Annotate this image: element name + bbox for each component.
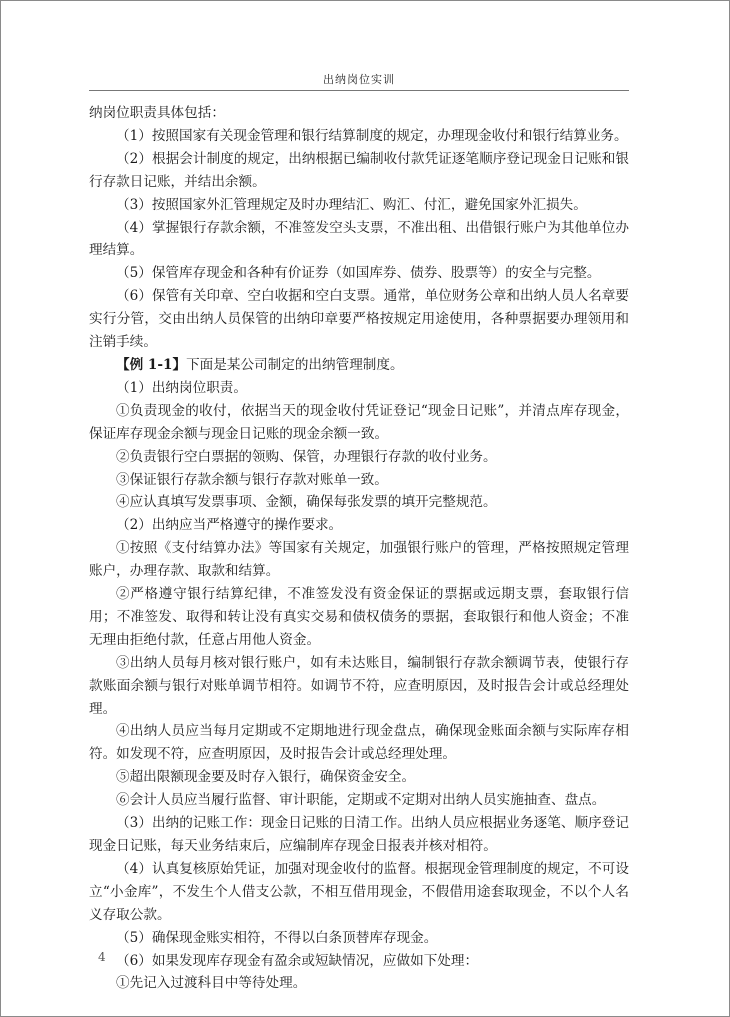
paragraph-item: ③保证银行存款余额与银行存款对账单一致。 [89, 469, 629, 492]
paragraph-example-heading: 【例 1-1】下面是某公司制定的出纳管理制度。 [89, 354, 629, 377]
paragraph-duty-4: （4）掌握银行存款余额，不准签发空头支票，不准出租、出借银行账户为其他单位办理结… [89, 217, 629, 263]
paragraph-duty-1: （1）按照国家有关现金管理和银行结算制度的规定，办理现金收付和银行结算业务。 [89, 125, 629, 148]
paragraph-item: ⑥会计人员应当履行监督、审计职能，定期或不定期对出纳人员实施抽查、盘点。 [89, 789, 629, 812]
document-page: 出纳岗位实训 纳岗位职责具体包括： （1）按照国家有关现金管理和银行结算制度的规… [0, 0, 730, 1017]
paragraph-duty-6: （6）保管有关印章、空白收据和空白支票。通常，单位财务公章和出纳人员人名章要实行… [89, 285, 629, 354]
paragraph-item: ①先记入过渡科目中等待处理。 [89, 972, 629, 995]
paragraph-item: ⑤超出限额现金要及时存入银行，确保资金安全。 [89, 766, 629, 789]
paragraph-item: ③出纳人员每月核对银行账户，如有未达账目，编制银行存款余额调节表，使银行存款账面… [89, 652, 629, 721]
paragraph-section-4: （4）认真复核原始凭证，加强对现金收付的监督。根据现金管理制度的规定，不可设立“… [89, 858, 629, 927]
paragraph-item: ②负责银行空白票据的领购、保管，办理银行存款的收付业务。 [89, 446, 629, 469]
paragraph-duty-3: （3）按照国家外汇管理规定及时办理结汇、购汇、付汇，避免国家外汇损失。 [89, 194, 629, 217]
paragraph-section-2: （2）出纳应当严格遵守的操作要求。 [89, 514, 629, 537]
example-label: 【例 1-1】 [116, 357, 186, 373]
running-header-title: 出纳岗位实训 [89, 71, 629, 87]
paragraph-duty-5: （5）保管库存现金和各种有价证券（如国库券、债券、股票等）的安全与完整。 [89, 262, 629, 285]
paragraph-item: ②严格遵守银行结算纪律，不准签发没有资金保证的票据或远期支票，套取银行信用；不准… [89, 583, 629, 652]
paragraph-duty-2: （2）根据会计制度的规定，出纳根据已编制收付款凭证逐笔顺序登记现金日记账和银行存… [89, 148, 629, 194]
body-text: 纳岗位职责具体包括： （1）按照国家有关现金管理和银行结算制度的规定，办理现金收… [89, 102, 629, 995]
header-rule [89, 90, 629, 91]
paragraph-section-1: （1）出纳岗位职责。 [89, 377, 629, 400]
paragraph-item: ④应认真填写发票事项、金额，确保每张发票的填开完整规范。 [89, 491, 629, 514]
paragraph-intro: 纳岗位职责具体包括： [89, 102, 629, 125]
example-text: 下面是某公司制定的出纳管理制度。 [186, 357, 404, 373]
paragraph-item: ①按照《支付结算办法》等国家有关规定，加强银行账户的管理，严格按照规定管理账户，… [89, 537, 629, 583]
paragraph-section-3: （3）出纳的记账工作：现金日记账的日清工作。出纳人员应根据业务逐笔、顺序登记现金… [89, 812, 629, 858]
paragraph-section-5: （5）确保现金账实相符，不得以白条顶替库存现金。 [89, 927, 629, 950]
paragraph-item: ①负责现金的收付，依据当天的现金收付凭证登记“现金日记账”，并清点库存现金，保证… [89, 400, 629, 446]
paragraph-section-6: （6）如果发现库存现金有盈余或短缺情况，应做如下处理： [89, 950, 629, 973]
page-number: 4 [98, 950, 106, 964]
paragraph-item: ④出纳人员应当每月定期或不定期地进行现金盘点，确保现金账面余额与实际库存相符。如… [89, 720, 629, 766]
